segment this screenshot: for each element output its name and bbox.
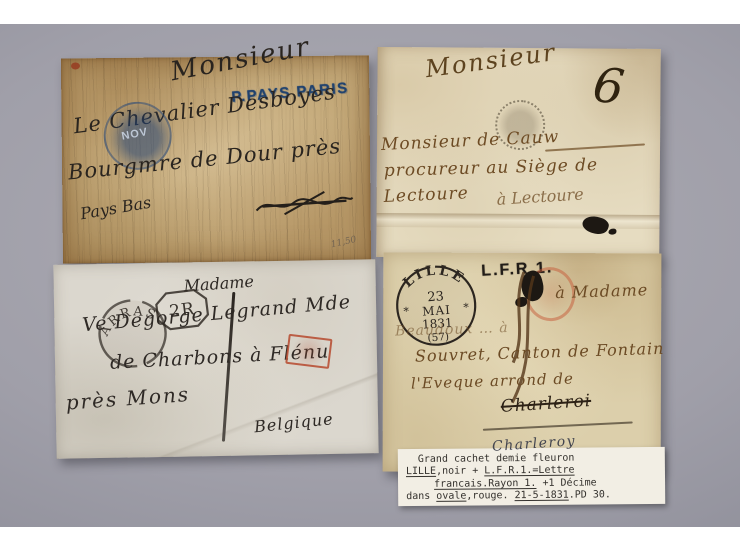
handwriting-belgique: Belgique [253, 411, 334, 435]
handwriting-salutation: Monsieur [424, 40, 558, 81]
strike-flourish-line [483, 421, 633, 430]
cover-bottom-left-flenu: Madame ARRAS 2R Ve Degorge Legrand Mde d… [53, 259, 378, 459]
label-line-2-mid: ,noir + [436, 466, 484, 477]
label-date: 21-5-1831 [515, 490, 569, 501]
label-rayon: francais.Rayon 1. [434, 478, 536, 490]
label-pd30: .PD 30. [569, 490, 611, 501]
handwriting-address-line: procureur au Siège de [384, 157, 599, 180]
handwriting-arrondissement: l'Eveque arrond de [411, 371, 574, 391]
handwriting-charleroi-struck: Charleroi [500, 393, 591, 416]
wax-spot [71, 62, 80, 69]
label-rouge: ,rouge. [466, 490, 514, 501]
pen-flourish-line [545, 143, 645, 151]
cover-top-right-lectoure: Monsieur 6 Monsieur de Cauw procureur au… [376, 47, 660, 259]
paper-fold-edge [376, 213, 659, 229]
handwriting-faint-line: Beaudoux … à [395, 321, 509, 339]
label-dans: dans [406, 491, 436, 502]
fleuron-left-icon: ∗ [402, 302, 410, 315]
label-lfr1: L.F.R.1.=Lettre [484, 465, 574, 477]
red-boxed-cachet [285, 334, 332, 369]
label-decime: +1 Décime [536, 477, 596, 489]
label-ovale: ovale [436, 491, 466, 502]
caption-label: Grand cachet demie fleuron LILLE,noir + … [398, 447, 665, 506]
handwriting-pres-mons: près Mons [65, 384, 191, 413]
label-lille: LILLE [406, 466, 436, 477]
manuscript-rate-6: 6 [590, 61, 626, 113]
struck-destination-scribble [254, 188, 354, 221]
handwriting-addressee: Monsieur de Cauw [381, 129, 560, 154]
cover-top-left-dour: Monsieur P.PAYS PARIS Le Chevalier Desbo… [61, 55, 371, 263]
photo-background: Monsieur P.PAYS PARIS Le Chevalier Desbo… [0, 24, 740, 527]
handwriting-destination-2: à Lectoure [496, 186, 584, 207]
datestamp-month: NOV [121, 126, 150, 143]
handwriting-a-madame: à Madame [555, 282, 648, 301]
fleuron-right-icon: ∗ [462, 298, 470, 311]
ink-blot-small [608, 229, 616, 235]
label-line-4: dans ovale,rouge. 21-5-1831.PD 30. [406, 489, 659, 504]
handwriting-destination: Lectoure [383, 185, 469, 206]
